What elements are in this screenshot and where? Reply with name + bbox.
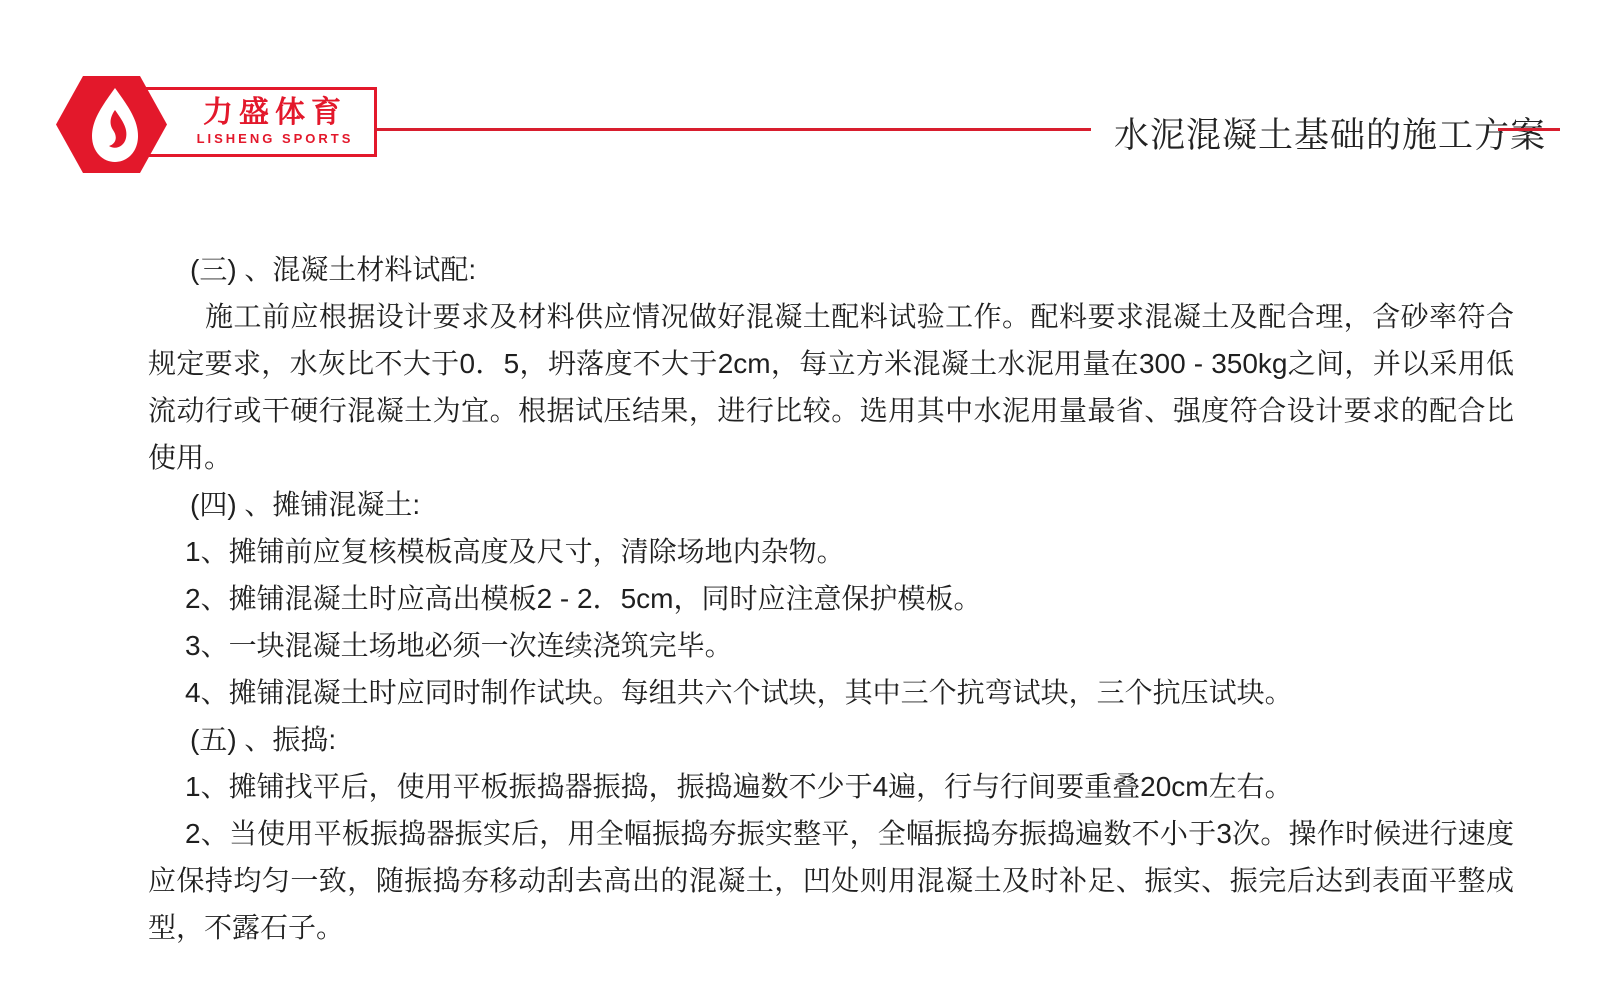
header-rule-left <box>374 128 1091 131</box>
paragraph-mix-trial: 施工前应根据设计要求及材料供应情况做好混凝土配料试验工作。配料要求混凝土及配合理… <box>148 293 1514 481</box>
header: 力盛体育 LISHENG SPORTS 水泥混凝土基础的施工方案 <box>0 0 1600 220</box>
header-rule-right <box>1498 128 1560 131</box>
flame-drop-hexagon-icon <box>56 76 167 173</box>
section-heading-4: (四) 、摊铺混凝土: <box>148 481 1514 528</box>
item-vibrate-2: 2、当使用平板振捣器振实后，用全幅振捣夯振实整平，全幅振捣夯振捣遍数不小于3次。… <box>148 810 1514 951</box>
logo-name-en: LISHENG SPORTS <box>197 131 354 147</box>
item-vibrate-1: 1、摊铺找平后，使用平板振捣器振捣，振捣遍数不少于4遍，行与行间要重叠20cm左… <box>148 763 1514 810</box>
slide: 力盛体育 LISHENG SPORTS 水泥混凝土基础的施工方案 (三) 、混凝… <box>0 0 1600 1000</box>
item-paving-4: 4、摊铺混凝土时应同时制作试块。每组共六个试块，其中三个抗弯试块，三个抗压试块。 <box>148 669 1514 716</box>
item-paving-1: 1、摊铺前应复核模板高度及尺寸，清除场地内杂物。 <box>148 528 1514 575</box>
section-heading-3: (三) 、混凝土材料试配: <box>148 246 1514 293</box>
section-heading-5: (五) 、振捣: <box>148 716 1514 763</box>
content-body: (三) 、混凝土材料试配: 施工前应根据设计要求及材料供应情况做好混凝土配料试验… <box>148 246 1514 951</box>
page-title: 水泥混凝土基础的施工方案 <box>1114 108 1490 158</box>
logo-name-cn: 力盛体育 <box>203 97 347 129</box>
item-paving-2: 2、摊铺混凝土时应高出模板2 - 2．5cm，同时应注意保护模板。 <box>148 575 1514 622</box>
item-paving-3: 3、一块混凝土场地必须一次连续浇筑完毕。 <box>148 622 1514 669</box>
logo-box: 力盛体育 LISHENG SPORTS <box>143 87 377 157</box>
